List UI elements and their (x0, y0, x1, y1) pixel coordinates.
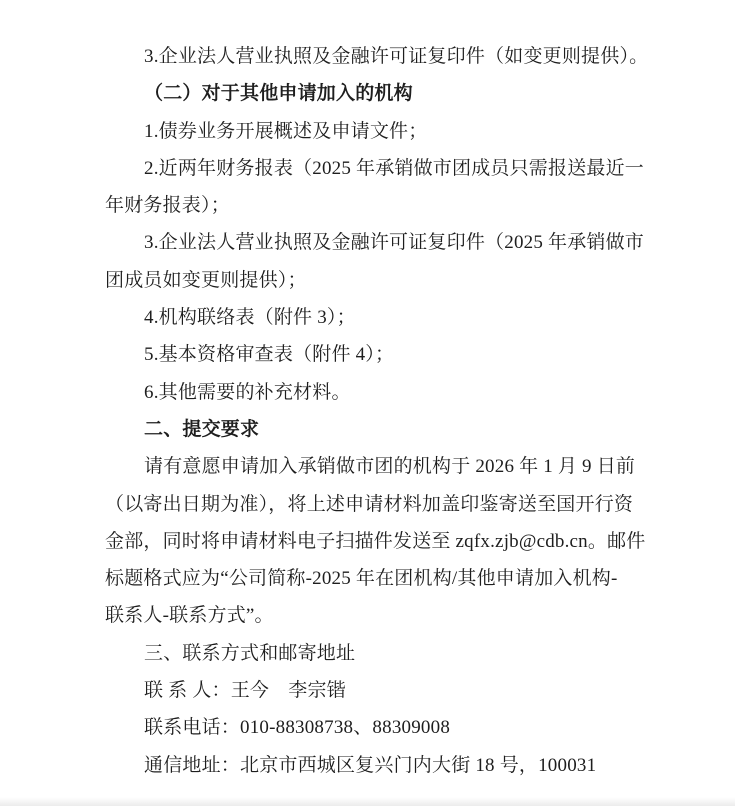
section-heading-contact: 三、联系方式和邮寄地址 (105, 635, 651, 672)
text-line: 4.机构联络表（附件 3）； (105, 299, 651, 336)
text-line: 6.其他需要的补充材料。 (105, 374, 651, 411)
text-line: 标题格式应为“公司简称-2025 年在团机构/其他申请加入机构- (105, 560, 651, 597)
document-text-block: 3.企业法人营业执照及金融许可证复印件（如变更则提供）。 （二）对于其他申请加入… (105, 38, 651, 784)
text-line: 3.企业法人营业执照及金融许可证复印件（如变更则提供）。 (105, 38, 651, 75)
mailing-address-line: 通信地址：北京市西城区复兴门内大街 18 号，100031 (105, 747, 651, 784)
text-line: 金部，同时将申请材料电子扫描件发送至 zqfx.zjb@cdb.cn。邮件 (105, 523, 651, 560)
text-line: 5.基本资格审查表（附件 4）； (105, 336, 651, 373)
text-line: 年财务报表）； (105, 187, 651, 224)
document-page: 3.企业法人营业执照及金融许可证复印件（如变更则提供）。 （二）对于其他申请加入… (0, 0, 735, 806)
text-line: 1.债券业务开展概述及申请文件； (105, 113, 651, 150)
section-heading-submission: 二、提交要求 (105, 411, 651, 448)
text-line: 请有意愿申请加入承销做市团的机构于 2026 年 1 月 9 日前 (105, 448, 651, 485)
text-line: 团成员如变更则提供）； (105, 262, 651, 299)
text-line: 联系人-联系方式”。 (105, 597, 651, 634)
subsection-heading-other-orgs: （二）对于其他申请加入的机构 (105, 75, 651, 112)
contact-person-line: 联 系 人：王今 李宗锴 (105, 672, 651, 709)
scan-bottom-edge-shadow (0, 797, 735, 806)
contact-phone-line: 联系电话：010-88308738、88309008 (105, 709, 651, 746)
text-line: （以寄出日期为准），将上述申请材料加盖印鉴寄送至国开行资 (105, 486, 651, 523)
text-line: 3.企业法人营业执照及金融许可证复印件（2025 年承销做市 (105, 224, 651, 261)
text-line: 2.近两年财务报表（2025 年承销做市团成员只需报送最近一 (105, 150, 651, 187)
